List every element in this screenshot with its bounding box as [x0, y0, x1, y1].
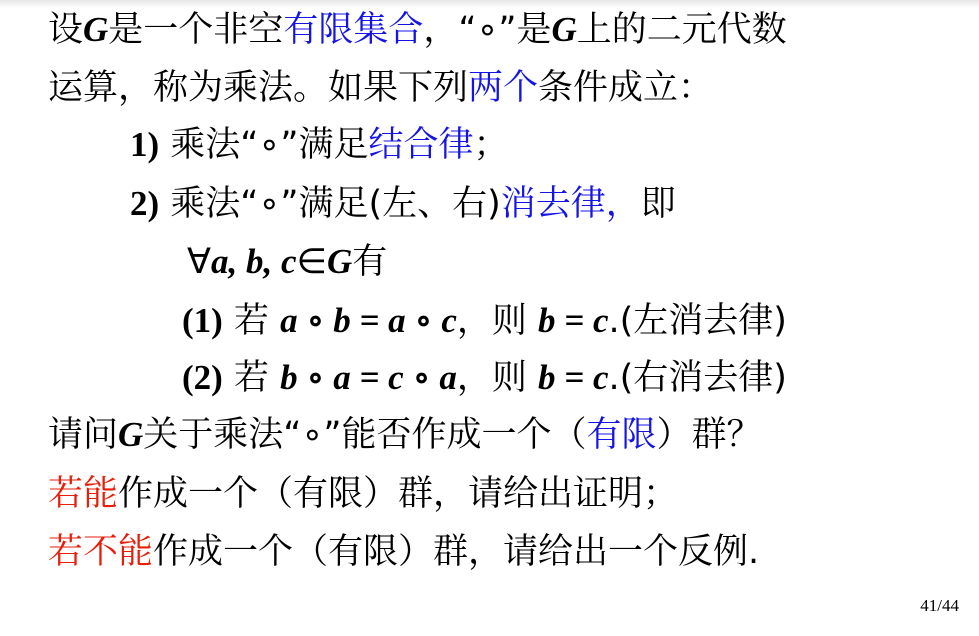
text: 条件成立：: [538, 68, 713, 108]
text: 乘法“∘”满足: [159, 125, 368, 165]
condition-number: 1): [130, 125, 159, 164]
condition-number: 2): [130, 184, 159, 223]
left-cancellation: (1) 若 a ∘ b = a ∘ c，则 b = c.(左消去律): [182, 301, 787, 341]
page-number: 41/44: [920, 596, 959, 616]
if-yes-line: 若能作成一个（有限）群，请给出证明；: [48, 474, 678, 514]
text: 有: [352, 242, 387, 282]
text: 请问: [48, 415, 118, 455]
highlight-if-no: 若不能: [48, 532, 153, 572]
text: ；: [473, 125, 508, 165]
set-g: G: [118, 415, 143, 454]
highlight-finite: 有限: [586, 415, 656, 455]
forall-symbol: ∀: [187, 242, 211, 282]
variables: a, b, c: [211, 242, 297, 281]
highlight-if-yes: 若能: [48, 474, 118, 514]
text: 关于乘法“∘”能否作成一个（: [143, 415, 586, 455]
forall-line: ∀a, b, c∈G有: [187, 242, 387, 282]
condition-2: 2) 乘法“∘”满足(左、右)消去律，即: [130, 184, 676, 224]
condition-1: 1) 乘法“∘”满足结合律；: [130, 125, 509, 165]
element-of-symbol: ∈: [297, 242, 328, 282]
text: ，则: [457, 301, 538, 341]
text: 是一个非空: [108, 10, 283, 50]
text: .(右消去律): [608, 358, 786, 398]
set-g: G: [83, 10, 108, 49]
equation: b = c: [538, 301, 608, 340]
text: .(左消去律): [608, 301, 786, 341]
set-g: G: [552, 10, 577, 49]
slide-content: 设G是一个非空有限集合，“∘”是G上的二元代数 运算，称为乘法。如果下列两个条件…: [0, 0, 979, 636]
highlight-associative-law: 结合律: [368, 125, 473, 165]
item-number: (2): [182, 358, 223, 397]
definition-line-1: 设G是一个非空有限集合，“∘”是G上的二元代数: [48, 10, 787, 50]
right-cancellation: (2) 若 b ∘ a = c ∘ a，则 b = c.(右消去律): [182, 358, 787, 398]
equation: b = c: [538, 358, 608, 397]
text: ，“∘”是: [423, 10, 551, 50]
highlight-cancellation-law: 消去律，: [501, 184, 641, 224]
text: 运算，称为乘法。如果下列: [48, 68, 468, 108]
set-g: G: [327, 242, 352, 281]
highlight-finite-set: 有限集合: [283, 10, 423, 50]
text: 若: [223, 301, 280, 341]
text: 乘法“∘”满足: [159, 184, 368, 224]
text: (左、右): [368, 184, 500, 224]
highlight-two: 两个: [468, 68, 538, 108]
text: 作成一个（有限）群，请给出一个反例.: [153, 532, 759, 572]
text: 设: [48, 10, 83, 50]
if-no-line: 若不能作成一个（有限）群，请给出一个反例.: [48, 532, 759, 572]
item-number: (1): [182, 301, 223, 340]
text: 若: [223, 358, 280, 398]
text: 作成一个（有限）群，请给出证明；: [118, 474, 678, 514]
equation: b ∘ a = c ∘ a: [280, 358, 457, 397]
question-line: 请问G关于乘法“∘”能否作成一个（有限）群？: [48, 415, 762, 455]
text: ，则: [457, 358, 538, 398]
text: 即: [641, 184, 676, 224]
text: 上的二元代数: [577, 10, 787, 50]
text: ）群？: [657, 415, 762, 455]
definition-line-2: 运算，称为乘法。如果下列两个条件成立：: [48, 68, 713, 108]
equation: a ∘ b = a ∘ c: [280, 301, 457, 340]
